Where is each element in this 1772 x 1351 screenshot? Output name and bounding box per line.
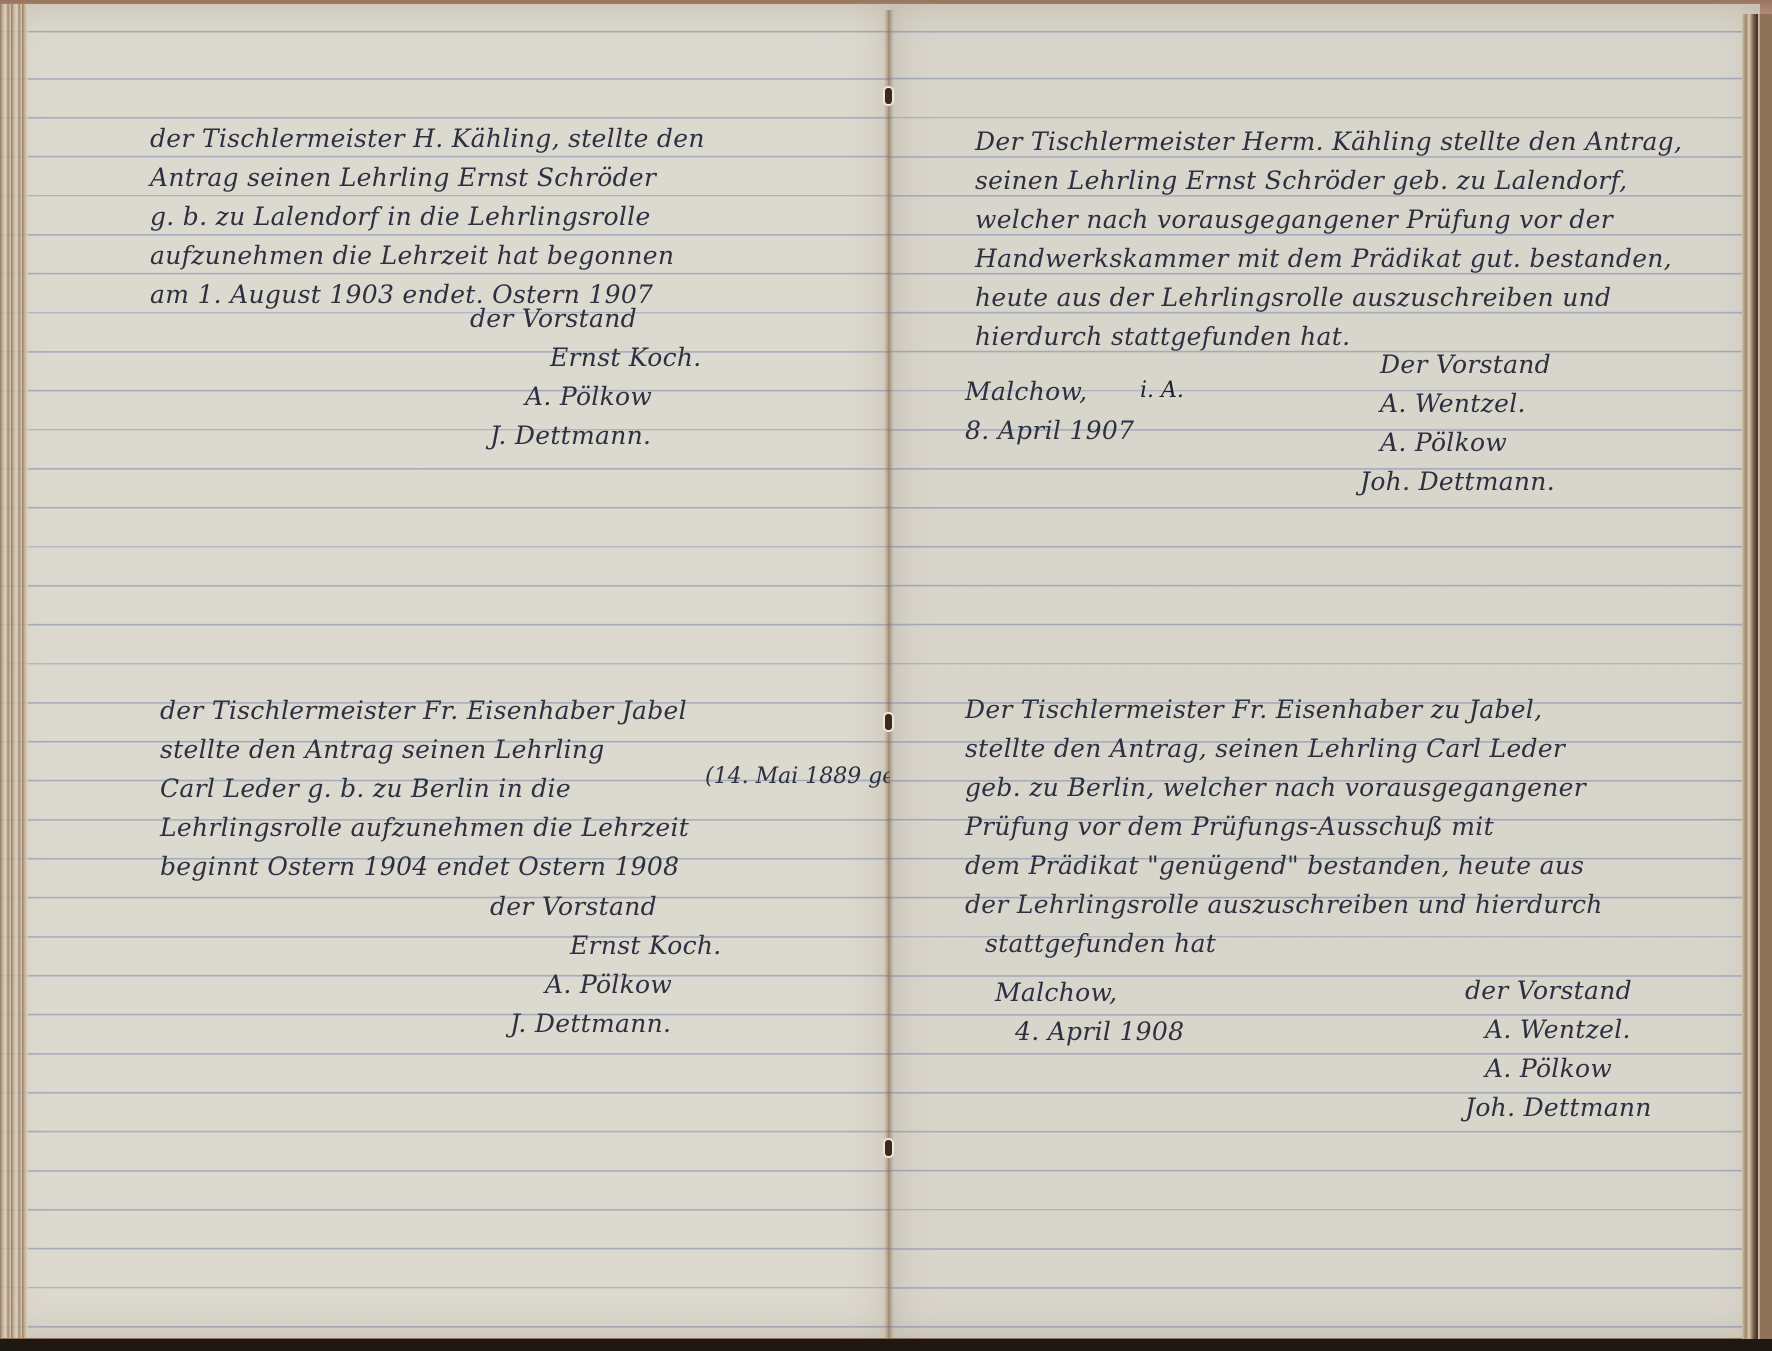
- entry-line: der Lehrlingsrolle auszuschreiben und hi…: [965, 885, 1603, 924]
- binding-stitch: [885, 88, 892, 104]
- right-entry-1-place-date: Malchow, 8. April 1907: [965, 372, 1134, 450]
- signature-name: A. Pölkow: [490, 965, 722, 1004]
- entry-line: Antrag seinen Lehrling Ernst Schröder: [150, 158, 705, 197]
- left-entry-2-signature-block: der Vorstand Ernst Koch. A. Pölkow J. De…: [490, 887, 722, 1043]
- left-page: der Tischlermeister H. Kähling, stellte …: [0, 4, 890, 1338]
- left-entry-1-signature-block: der Vorstand Ernst Koch. A. Pölkow J. De…: [470, 299, 702, 455]
- entry-line: Der Tischlermeister Herm. Kähling stellt…: [975, 122, 1682, 161]
- place: Malchow,: [995, 973, 1184, 1012]
- left-page-edge-stack: [0, 4, 28, 1338]
- entry-line: stattgefunden hat: [965, 924, 1603, 963]
- entry-line: der Tischlermeister H. Kähling, stellte …: [150, 119, 705, 158]
- signature-name: Ernst Koch.: [490, 926, 722, 965]
- left-entry-2-registration: der Tischlermeister Fr. Eisenhaber Jabel…: [160, 691, 689, 886]
- place: Malchow,: [965, 372, 1134, 411]
- signature-name: J. Dettmann.: [490, 1004, 722, 1043]
- stamp-scribble: i. A.: [1140, 378, 1184, 403]
- signature-name: A. Pölkow: [1360, 423, 1555, 462]
- entry-line: seinen Lehrling Ernst Schröder geb. zu L…: [975, 161, 1682, 200]
- entry-line: stellte den Antrag, seinen Lehrling Carl…: [965, 729, 1603, 768]
- book-cover-edge-bottom: [0, 1339, 1772, 1351]
- right-page-edge-stack: [1742, 14, 1760, 1348]
- right-entry-2-signature-block: der Vorstand A. Wentzel. A. Pölkow Joh. …: [1465, 971, 1652, 1127]
- signature-heading: Der Vorstand: [1360, 345, 1555, 384]
- signature-name: A. Pölkow: [470, 377, 702, 416]
- signature-name: Ernst Koch.: [470, 338, 702, 377]
- entry-line: Der Tischlermeister Fr. Eisenhaber zu Ja…: [965, 690, 1603, 729]
- right-entry-1-signature-block: Der Vorstand A. Wentzel. A. Pölkow Joh. …: [1360, 345, 1555, 501]
- binding-stitch: [885, 714, 892, 730]
- right-entry-1-deregistration: Der Tischlermeister Herm. Kähling stellt…: [975, 122, 1682, 356]
- signature-heading: der Vorstand: [470, 299, 702, 338]
- signature-name: A. Pölkow: [1465, 1049, 1652, 1088]
- entry-line: Lehrlingsrolle aufzunehmen die Lehrzeit: [160, 808, 689, 847]
- entry-line: geb. zu Berlin, welcher nach vorausgegan…: [965, 768, 1603, 807]
- left-entry-1-registration: der Tischlermeister H. Kähling, stellte …: [150, 119, 705, 314]
- entry-line: stellte den Antrag seinen Lehrling: [160, 730, 689, 769]
- entry-line: der Tischlermeister Fr. Eisenhaber Jabel: [160, 691, 689, 730]
- signature-name: J. Dettmann.: [470, 416, 702, 455]
- date: 8. April 1907: [965, 411, 1134, 450]
- signature-heading: der Vorstand: [1465, 971, 1652, 1010]
- binding-stitch: [885, 1140, 892, 1156]
- entry-line: g. b. zu Lalendorf in die Lehrlingsrolle: [150, 197, 705, 236]
- signature-name: A. Wentzel.: [1360, 384, 1555, 423]
- entry-line: hierdurch stattgefunden hat.: [975, 317, 1682, 356]
- entry-line: heute aus der Lehrlingsrolle auszuschrei…: [975, 278, 1682, 317]
- signature-heading: der Vorstand: [490, 887, 722, 926]
- right-entry-2-place-date: Malchow, 4. April 1908: [995, 973, 1184, 1051]
- signature-name: A. Wentzel.: [1465, 1010, 1652, 1049]
- entry-line: welcher nach vorausgegangener Prüfung vo…: [975, 200, 1682, 239]
- entry-line: Prüfung vor dem Prüfungs-Ausschuß mit: [965, 807, 1603, 846]
- entry-line: Handwerkskammer mit dem Prädikat gut. be…: [975, 239, 1682, 278]
- signature-name: Joh. Dettmann: [1465, 1088, 1652, 1127]
- entry-line: aufzunehmen die Lehrzeit hat begonnen: [150, 236, 705, 275]
- right-entry-2-deregistration: Der Tischlermeister Fr. Eisenhaber zu Ja…: [965, 690, 1603, 963]
- signature-name: Joh. Dettmann.: [1360, 462, 1555, 501]
- entry-line: beginnt Ostern 1904 endet Ostern 1908: [160, 847, 689, 886]
- entry-line: Carl Leder g. b. zu Berlin in die: [160, 769, 689, 808]
- date: 4. April 1908: [995, 1012, 1184, 1051]
- entry-line: dem Prädikat "genügend" bestanden, heute…: [965, 846, 1603, 885]
